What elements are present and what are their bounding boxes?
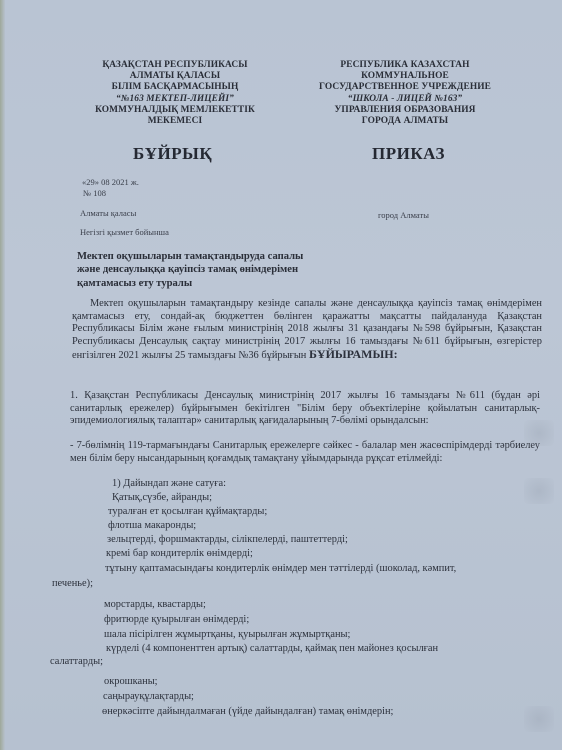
header-kz-line: БІЛІМ БАСҚАРМАСЫНЫҢ xyxy=(75,82,275,93)
list-item: туралған ет қосылған құймақтарды; xyxy=(108,506,267,519)
preamble-text: Мектеп оқушыларын тамақтандыру кезінде с… xyxy=(72,298,542,361)
title-kz: БҰЙРЫҚ xyxy=(133,144,212,164)
paper-smudge xyxy=(524,420,554,446)
list-item: салаттарды; xyxy=(50,656,103,669)
header-ru-line: ГОСУДАРСТВЕННОЕ УЧРЕЖДЕНИЕ xyxy=(300,82,510,93)
header-kz-line: АЛМАТЫ ҚАЛАСЫ xyxy=(75,71,275,82)
subject-line: Мектеп оқушыларын тамақтандыруда сапалы xyxy=(77,250,337,263)
list-item: кремі бар кондитерлік өнімдерді; xyxy=(106,548,253,561)
list-item: саңырауқұлақтарды; xyxy=(103,691,194,704)
list-item: морстарды, квастарды; xyxy=(104,599,206,612)
list-item: өнеркәсіпте дайындалмаған (үйде дайындал… xyxy=(102,706,393,719)
city-kz: Алматы қаласы xyxy=(80,208,136,219)
header-kz-line: ҚАЗАҚСТАН РЕСПУБЛИКАСЫ xyxy=(75,60,275,71)
order-subject: Мектеп оқушыларын тамақтандыруда сапалы … xyxy=(77,250,337,290)
city-ru: город Алматы xyxy=(378,210,429,221)
list-item: шала пісірілген жұмыртқаны, қуырылған жұ… xyxy=(104,629,350,642)
paper-smudge xyxy=(524,706,554,732)
list-item: Қатық,сүзбе, айранды; xyxy=(112,492,212,505)
header-kz-line: “№163 МЕКТЕП-ЛИЦЕЙІ” xyxy=(75,94,275,105)
list-item: окрошканы; xyxy=(104,676,158,689)
list-item: күрделі (4 компоненттен артық) салаттард… xyxy=(106,643,438,656)
header-ru-line: ГОРОДА АЛМАТЫ xyxy=(300,116,510,127)
order-word: БҰЙЫРАМЫН: xyxy=(309,347,398,361)
clause-1-sub: - 7-бөлімнің 119-тармағындағы Санитарлық… xyxy=(70,440,540,465)
subject-line: қамтамасыз ету туралы xyxy=(77,277,337,290)
header-ru-line: КОММУНАЛЬНОЕ xyxy=(300,71,510,82)
header-kz-line: КОММУНАЛДЫҚ МЕМЛЕКЕТТІК xyxy=(75,105,275,116)
subject-line: және денсаулыққа қауіпсіз тамақ өнімдері… xyxy=(77,263,337,276)
clause-1: 1. Қазақстан Республикасы Денсаулық мини… xyxy=(70,390,540,428)
order-number: № 108 xyxy=(83,188,106,199)
list-item: флотша макаронды; xyxy=(108,520,196,533)
order-category: Негізгі қызмет бойынша xyxy=(80,227,169,238)
title-ru: ПРИКАЗ xyxy=(372,144,445,164)
header-kz-line: МЕКЕМЕСІ xyxy=(75,116,275,127)
list-item: фритюрде қуырылған өнімдерді; xyxy=(104,614,249,627)
list-item: печенье); xyxy=(52,578,93,591)
order-date: «29» 08 2021 ж. xyxy=(82,177,139,188)
preamble-paragraph: Мектеп оқушыларын тамақтандыру кезінде с… xyxy=(72,298,542,363)
list-heading: 1) Дайындап және сатуға: xyxy=(112,478,226,491)
list-item: зельцтерді, форшмактарды, сілікпелерді, … xyxy=(107,534,348,547)
header-ru-line: УПРАВЛЕНИЯ ОБРАЗОВАНИЯ xyxy=(300,105,510,116)
paper-smudge xyxy=(524,478,554,504)
header-ru-line: РЕСПУБЛИКА КАЗАХСТАН xyxy=(300,60,510,71)
list-item: тұтыну қаптамасындағы кондитерлік өнімде… xyxy=(105,563,456,576)
header-ru-line: “ШКОЛА - ЛИЦЕЙ №163” xyxy=(300,94,510,105)
header-kz: ҚАЗАҚСТАН РЕСПУБЛИКАСЫ АЛМАТЫ ҚАЛАСЫ БІЛ… xyxy=(75,60,275,127)
document-page: ҚАЗАҚСТАН РЕСПУБЛИКАСЫ АЛМАТЫ ҚАЛАСЫ БІЛ… xyxy=(0,0,562,750)
header-ru: РЕСПУБЛИКА КАЗАХСТАН КОММУНАЛЬНОЕ ГОСУДА… xyxy=(300,60,510,127)
page-edge xyxy=(0,0,5,750)
